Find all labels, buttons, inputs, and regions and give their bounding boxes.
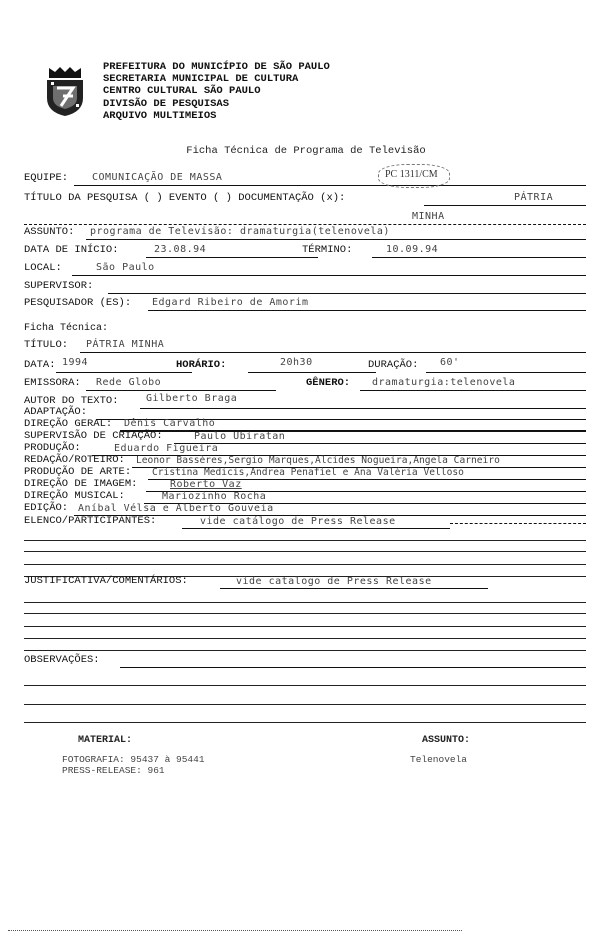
blank-line	[24, 685, 586, 686]
coat-of-arms-icon	[43, 64, 87, 118]
header-line: CENTRO CULTURAL SÃO PAULO	[103, 85, 330, 97]
row-equipe: EQUIPE: COMUNICAÇÃO DE MASSA	[24, 172, 586, 186]
elenco-value: vide catálogo de Press Release	[200, 516, 396, 527]
titulo-underline	[80, 352, 586, 353]
tipo-value-line2: MINHA	[412, 211, 445, 222]
blank-line	[24, 602, 586, 603]
data-inicio-label: DATA DE INÍCIO:	[24, 244, 119, 256]
blank-line	[24, 540, 586, 541]
row-tipo-continued: MINHA	[24, 208, 586, 222]
horario-underline	[248, 372, 376, 373]
scan-artifact-line	[8, 930, 462, 931]
header-line: PREFEITURA DO MUNICÍPIO DE SÃO PAULO	[103, 61, 330, 73]
row-emissora-genero: EMISSORA: Rede Globo GÊNERO: dramaturgia…	[24, 377, 586, 391]
observacoes-label: OBSERVAÇÕES:	[24, 654, 100, 666]
justificativa-value: vide catalogo de Press Release	[236, 576, 432, 587]
adaptacao-label: ADAPTAÇÃO:	[24, 406, 87, 418]
blank-line	[24, 638, 586, 639]
blank-line	[24, 722, 586, 723]
justificativa-label: JUSTIFICATIVA/COMENTÁRIOS:	[24, 575, 188, 587]
direcao-geral-label: DIREÇÃO GERAL:	[24, 418, 112, 430]
tipo-value-line1: PÁTRIA	[514, 192, 553, 203]
row-pesquisador: PESQUISADOR (ES): Edgard Ribeiro de Amor…	[24, 297, 586, 311]
tipo-underline-2	[24, 224, 586, 225]
document-page: PREFEITURA DO MUNICÍPIO DE SÃO PAULO SEC…	[0, 0, 612, 936]
row-data-horario-duracao: DATA: 1994 HORÁRIO: 20h30 DURAÇÃO: 60'	[24, 359, 586, 373]
row-assunto: ASSUNTO: programa de Televisão: dramatur…	[24, 226, 586, 240]
row-edicao: EDIÇÃO: Aníbal Vélsa e Alberto Gouveia	[24, 502, 586, 516]
equipe-label: EQUIPE:	[24, 172, 68, 184]
direcao-imagem-value: Roberto Vaz	[170, 479, 242, 490]
horario-label: HORÁRIO:	[176, 359, 226, 371]
assunto-value: programa de Televisão: dramaturgia(telen…	[90, 226, 390, 237]
assunto-footer-section: ASSUNTO: Telenovela	[410, 735, 470, 765]
data-inicio-underline	[146, 257, 318, 258]
titulo-label: TÍTULO:	[24, 339, 68, 351]
assunto-footer-value: Telenovela	[410, 754, 470, 765]
assunto-footer-label: ASSUNTO:	[422, 735, 470, 746]
row-observacoes: OBSERVAÇÕES:	[24, 654, 586, 668]
producao-arte-value: Cristina Medicis,Andrea Penafiel e Ana V…	[152, 467, 464, 478]
horario-value: 20h30	[280, 357, 313, 368]
blank-line	[24, 613, 586, 614]
assunto-underline	[86, 239, 586, 240]
termino-value: 10.09.94	[386, 244, 438, 255]
equipe-underline	[74, 185, 586, 186]
stamp-text: PC 1311/CM	[385, 169, 438, 180]
termino-underline	[372, 257, 586, 258]
supervisor-underline	[108, 293, 586, 294]
direcao-imagem-label: DIREÇÃO DE IMAGEM:	[24, 478, 137, 490]
assunto-label: ASSUNTO:	[24, 226, 74, 238]
edicao-value: Aníbal Vélsa e Alberto Gouveia	[78, 503, 274, 514]
row-datas: DATA DE INÍCIO: 23.08.94 TÉRMINO: 10.09.…	[24, 244, 586, 258]
autor-value: Gilberto Braga	[146, 393, 237, 404]
termino-label: TÉRMINO:	[302, 244, 352, 256]
emissora-label: EMISSORA:	[24, 377, 81, 389]
elenco-underline-ext	[450, 523, 586, 524]
row-local: LOCAL: São Paulo	[24, 262, 586, 276]
row-ficha-heading: Ficha Técnica:	[24, 322, 586, 336]
row-justificativa: JUSTIFICATIVA/COMENTÁRIOS: vide catalogo…	[24, 575, 586, 589]
tipo-label: TÍTULO DA PESQUISA ( ) EVENTO ( ) DOCUME…	[24, 192, 345, 204]
equipe-value: COMUNICAÇÃO DE MASSA	[92, 172, 222, 183]
institution-header: PREFEITURA DO MUNICÍPIO DE SÃO PAULO SEC…	[103, 61, 330, 122]
duracao-label: DURAÇÃO:	[368, 359, 418, 371]
genero-underline	[360, 390, 586, 391]
pesquisador-underline	[148, 310, 586, 311]
row-supervisor: SUPERVISOR:	[24, 280, 586, 294]
pesquisador-value: Edgard Ribeiro de Amorim	[152, 297, 309, 308]
elenco-underline	[182, 528, 450, 529]
tipo-underline	[424, 205, 586, 206]
direcao-musical-label: DIREÇÃO MUSICAL:	[24, 490, 125, 502]
duracao-underline	[426, 372, 586, 373]
reference-stamp: PC 1311/CM	[378, 164, 450, 188]
producao-value: Eduardo Figueira	[114, 443, 218, 454]
direcao-geral-value: Dênis Carvalho	[124, 418, 215, 429]
data-value: 1994	[62, 357, 88, 368]
justificativa-underline	[220, 588, 488, 589]
row-elenco: ELENCO/PARTICIPANTES: vide catálogo de P…	[24, 515, 586, 529]
data-underline	[56, 372, 192, 373]
genero-label: GÊNERO:	[306, 377, 350, 389]
data-label: DATA:	[24, 359, 56, 371]
supervisao-value: Paulo Ubiratan	[194, 431, 285, 442]
elenco-label: ELENCO/PARTICIPANTES:	[24, 515, 156, 527]
material-line: PRESS-RELEASE: 961	[62, 765, 205, 776]
duracao-value: 60'	[440, 357, 460, 368]
document-title: Ficha Técnica de Programa de Televisão	[0, 145, 612, 157]
direcao-musical-value: Mariozinho Rocha	[162, 491, 266, 502]
emissora-value: Rede Globo	[96, 377, 161, 388]
local-value: São Paulo	[96, 262, 155, 273]
ficha-heading: Ficha Técnica:	[24, 323, 108, 334]
data-inicio-value: 23.08.94	[154, 244, 206, 255]
supervisao-label: SUPERVISÃO DE CRIAÇÃO:	[24, 430, 163, 442]
blank-line	[24, 551, 586, 552]
supervisor-label: SUPERVISOR:	[24, 280, 93, 292]
material-label: MATERIAL:	[78, 735, 205, 746]
material-line: FOTOGRAFIA: 95437 à 95441	[62, 754, 205, 765]
producao-arte-label: PRODUÇÃO DE ARTE:	[24, 466, 131, 478]
genero-value: dramaturgia:telenovela	[372, 377, 515, 388]
local-underline	[72, 275, 586, 276]
local-label: LOCAL:	[24, 262, 62, 274]
edicao-label: EDIÇÃO:	[24, 502, 68, 514]
emissora-underline	[86, 390, 276, 391]
row-titulo: TÍTULO: PÁTRIA MINHA	[24, 339, 586, 353]
header-line: SECRETARIA MUNICIPAL DE CULTURA	[103, 73, 330, 85]
blank-line	[24, 650, 586, 651]
pesquisador-label: PESQUISADOR (ES):	[24, 297, 131, 309]
producao-label: PRODUÇÃO:	[24, 442, 81, 454]
blank-line	[24, 704, 586, 705]
header-line: DIVISÃO DE PESQUISAS	[103, 98, 330, 110]
blank-line	[24, 626, 586, 627]
redacao-value: Leonor Bassères,Sergio Marques,Alcides N…	[136, 455, 500, 466]
header-line: ARQUIVO MULTIMEIOS	[103, 110, 330, 122]
material-section: MATERIAL: FOTOGRAFIA: 95437 à 95441 PRES…	[62, 735, 205, 776]
redacao-label: REDAÇÃO/ROTEIRO:	[24, 454, 125, 466]
blank-line	[24, 564, 586, 565]
row-tipo-pesquisa: TÍTULO DA PESQUISA ( ) EVENTO ( ) DOCUME…	[24, 192, 586, 206]
titulo-value: PÁTRIA MINHA	[86, 339, 164, 350]
observacoes-underline	[120, 667, 586, 668]
